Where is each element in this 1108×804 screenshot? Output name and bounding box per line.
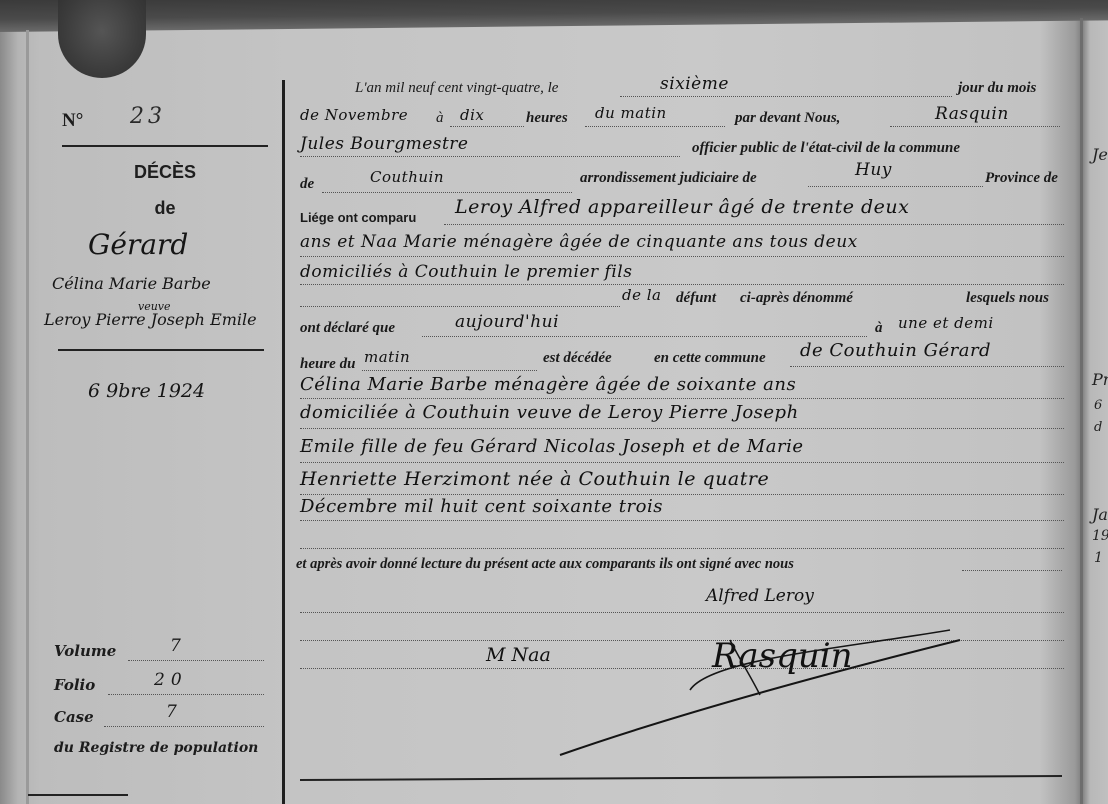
printed-text: à	[436, 110, 444, 127]
printed-text: arrondissement judiciaire de	[580, 170, 757, 187]
hand-commune: Couthuin	[370, 168, 444, 186]
dotted-line	[962, 570, 1062, 571]
spouse-name: Leroy Pierre Joseph Emile	[44, 310, 257, 329]
hand-deceased-identity: Célina Marie Barbe ménagère âgée de soix…	[300, 374, 796, 395]
signature-declarant-1: Alfred Leroy	[706, 586, 814, 606]
printed-text: Province de	[985, 170, 1058, 187]
heading-deces: DÉCÈS	[62, 162, 268, 183]
dotted-line	[620, 96, 952, 97]
volume-label: Volume	[54, 642, 116, 660]
printed-text: ci-après dénommé	[740, 290, 853, 307]
printed-text: jour du mois	[958, 80, 1036, 97]
printed-text: heures	[526, 110, 568, 127]
printed-text: est décédée	[543, 350, 612, 367]
dotted-line	[450, 126, 524, 127]
printed-text: en cette commune	[654, 350, 766, 367]
dotted-line	[104, 726, 264, 727]
margin-date: 6 9bre 1924	[88, 380, 205, 402]
margin-rule	[88, 794, 128, 796]
dotted-line	[128, 660, 264, 661]
margin-rule	[58, 349, 264, 351]
printed-text: à	[875, 320, 883, 337]
dotted-line	[585, 126, 725, 127]
printed-text: de	[300, 176, 314, 193]
printed-text: heure du	[300, 356, 355, 373]
book-edge-shadow	[0, 0, 1108, 32]
dotted-line	[808, 186, 983, 187]
hand-hour: dix	[460, 106, 484, 124]
dotted-line	[300, 428, 1064, 429]
printed-text: Liége ont comparu	[300, 210, 416, 225]
folio-label: Folio	[54, 676, 95, 694]
dotted-line	[890, 126, 1060, 127]
hand-officer-surname: Rasquin	[935, 104, 1009, 124]
hand-officer-title: Jules Bourgmestre	[300, 134, 469, 154]
numero-label: N°	[62, 110, 83, 132]
adjacent-page-text: 19	[1092, 528, 1108, 544]
dotted-line	[790, 366, 1064, 367]
page-fold-line	[26, 30, 29, 804]
hand-declarants-domicile: domiciliés à Couthuin le premier fils	[300, 262, 632, 282]
signature-flourish-icon	[540, 620, 970, 760]
dotted-line	[362, 370, 537, 371]
dotted-line	[300, 256, 1064, 257]
hand-declarants-cont: ans et Naa Marie ménagère âgée de cinqua…	[300, 232, 858, 252]
folio-value: 20	[154, 670, 188, 690]
column-divider	[282, 80, 285, 804]
hand-relation: de la	[622, 286, 662, 304]
hand-deceased-domicile: domiciliée à Couthuin veuve de Leroy Pie…	[300, 402, 799, 423]
deceased-given-names: Célina Marie Barbe	[52, 274, 211, 293]
adjacent-page-text: d	[1094, 420, 1102, 435]
hand-aujourdhui: aujourd'hui	[455, 312, 559, 332]
deceased-surname: Gérard	[88, 228, 188, 261]
hand-day: sixième	[660, 74, 729, 94]
printed-text: par devant Nous,	[735, 110, 840, 127]
printed-text: défunt	[676, 290, 716, 307]
volume-value: 7	[170, 636, 181, 656]
adjacent-page-text: Je	[1092, 145, 1108, 164]
dotted-line	[108, 694, 264, 695]
printed-text: L'an mil neuf cent vingt-quatre, le	[355, 80, 558, 97]
dotted-line	[300, 494, 1064, 495]
hand-arrondissement: Huy	[855, 160, 892, 180]
hand-deceased-start: de Couthuin Gérard	[800, 340, 991, 361]
dotted-line	[300, 520, 1064, 521]
closing-text: et après avoir donné lecture du présent …	[296, 556, 794, 573]
hand-deceased-parents: Emile fille de feu Gérard Nicolas Joseph…	[300, 436, 803, 457]
heading-de: de	[62, 198, 268, 219]
adjacent-page-text: Ja	[1092, 505, 1108, 524]
dotted-line	[300, 462, 1064, 463]
dotted-line	[300, 548, 1064, 549]
adjacent-page-text: 1	[1094, 550, 1103, 566]
adjacent-page-text: Pr	[1092, 370, 1108, 389]
holding-thumb	[58, 0, 146, 78]
hand-matin: matin	[364, 348, 410, 366]
dotted-line	[300, 156, 680, 157]
act-end-rule	[300, 775, 1062, 781]
hand-period: du matin	[595, 104, 667, 122]
dotted-line	[322, 192, 572, 193]
dotted-line	[422, 336, 867, 337]
dotted-line	[300, 398, 1064, 399]
hand-deceased-birthdate: Décembre mil huit cent soixante trois	[300, 496, 663, 517]
hand-time: une et demi	[898, 314, 994, 332]
dotted-line	[300, 612, 1064, 613]
printed-text: lesquels nous	[966, 290, 1049, 307]
printed-text: officier public de l'état-civil de la co…	[692, 140, 960, 157]
adjacent-page-text: 6	[1094, 398, 1102, 413]
hand-month: de Novembre	[300, 106, 408, 124]
printed-text: ont déclaré que	[300, 320, 395, 337]
case-label: Case	[54, 708, 94, 726]
dotted-line	[444, 224, 1064, 225]
numero-value: 23	[130, 104, 166, 129]
book-gutter	[1080, 18, 1083, 804]
registre-label: du Registre de population	[54, 740, 258, 756]
dotted-line	[300, 284, 1064, 285]
register-page: N° 23 DÉCÈS de Gérard Célina Marie Barbe…	[0, 0, 1108, 804]
hand-deceased-birth: Henriette Herzimont née à Couthuin le qu…	[300, 468, 769, 490]
margin-rule	[62, 145, 268, 147]
case-value: 7	[166, 702, 177, 722]
dotted-line	[300, 306, 620, 307]
hand-declarants: Leroy Alfred appareilleur âgé de trente …	[455, 196, 909, 218]
